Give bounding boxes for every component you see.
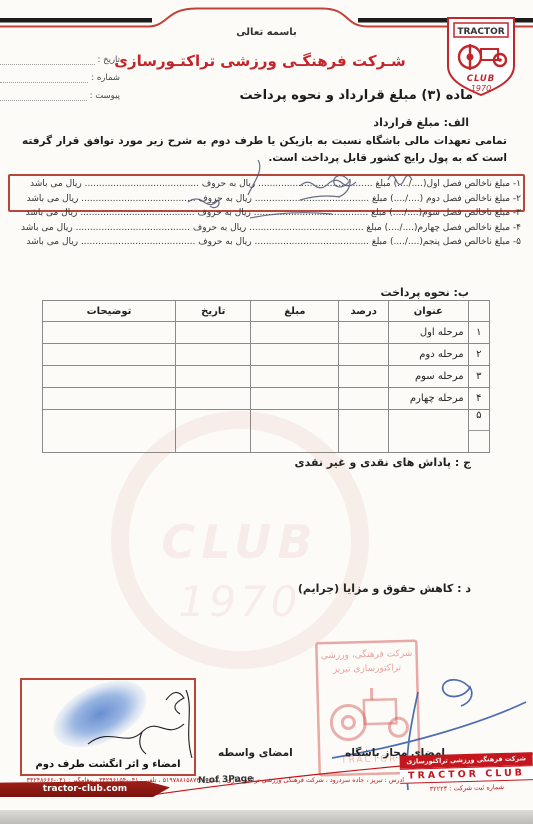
- table-cell: [176, 366, 251, 388]
- website-ribbon: tractor-club.com: [0, 781, 170, 797]
- table-cell: مرحله دوم: [389, 344, 469, 366]
- table-row: ۳ مرحله سوم: [43, 366, 490, 388]
- table-header-cell: عنوان: [389, 301, 469, 322]
- website-url: tractor-club.com: [43, 784, 127, 794]
- table-cell: ۵: [468, 410, 489, 453]
- table-cell: [339, 322, 389, 344]
- table-cell: [251, 388, 339, 410]
- table-header-row: عنوان درصد مبلغ تاریخ توضیحات: [43, 301, 490, 322]
- table-cell: مرحله اول: [389, 322, 469, 344]
- table-cell: ۲: [468, 344, 489, 366]
- table-cell: [43, 344, 176, 366]
- svg-text:1970: 1970: [179, 577, 302, 626]
- svg-text:CLUB: CLUB: [162, 515, 319, 569]
- footer-brand-block: شرکت فرهنگی ورزشی تراکتورسازی TRACTOR CL…: [399, 752, 533, 796]
- field-attachment: پیوست :: [0, 83, 120, 101]
- table-cell: [251, 344, 339, 366]
- table-cell: ۱: [468, 322, 489, 344]
- table-cell: [389, 410, 469, 453]
- table-cell: [43, 388, 176, 410]
- table-cell: [176, 410, 251, 453]
- table-cell: مرحله چهارم: [389, 388, 469, 410]
- company-name: شـرکت فرهنگـی ورزشی تراکتـورسازی: [110, 52, 410, 70]
- table-header-cell: مبلغ: [251, 301, 339, 322]
- table-cell: [251, 410, 339, 453]
- section-b-heading: ب: نحوه پرداخت: [380, 286, 469, 299]
- table-cell: [339, 344, 389, 366]
- table-cell: [176, 322, 251, 344]
- section-c-heading: ج : پاداش های نقدی و غیر نقدی: [295, 456, 471, 469]
- table-cell: ۳: [468, 366, 489, 388]
- table-cell: [251, 322, 339, 344]
- table-cell: [176, 344, 251, 366]
- table-cell: [251, 366, 339, 388]
- field-attachment-label: پیوست :: [87, 91, 120, 101]
- table-cell: مرحله سوم: [389, 366, 469, 388]
- table-cell: [43, 366, 176, 388]
- payment-table: عنوان درصد مبلغ تاریخ توضیحات ۱ مرحله او…: [42, 300, 490, 453]
- table-cell: [43, 322, 176, 344]
- field-number-label: شماره :: [88, 73, 120, 83]
- field-date-line: [0, 53, 95, 65]
- section-a-heading: الف: مبلغ قرارداد: [373, 116, 469, 129]
- table-header-cell: توضیحات: [43, 301, 176, 322]
- table-header-cell: درصد: [339, 301, 389, 322]
- table-row: ۴ مرحله چهارم: [43, 388, 490, 410]
- logo-word-tractor: TRACTOR: [457, 27, 504, 37]
- table-header-cell: [468, 301, 489, 322]
- table-row: ۱ مرحله اول: [43, 322, 490, 344]
- table-cell: [339, 366, 389, 388]
- logo-word-club: CLUB: [467, 74, 496, 84]
- scan-edge: [0, 810, 533, 824]
- section-d-heading: د : کاهش حقوق و مزایا (جرایم): [298, 582, 471, 595]
- handwriting-marks: [0, 150, 533, 240]
- field-date: تاریخ :: [0, 47, 120, 65]
- contract-document-page: باسمه تعالی TRACTOR CLUB 1970 تاریخ : شم…: [0, 0, 533, 824]
- table-cell: [43, 410, 176, 453]
- field-attachment-line: [0, 89, 87, 101]
- field-number-line: [0, 71, 88, 83]
- article-title: ماده (۳) مبلغ قرارداد و نحوه پرداخت: [239, 88, 473, 103]
- table-cell: [339, 388, 389, 410]
- table-header-cell: تاریخ: [176, 301, 251, 322]
- table-cell: [339, 410, 389, 453]
- logo-year: 1970: [471, 84, 491, 93]
- table-row: ۲ مرحله دوم: [43, 344, 490, 366]
- table-row: ۵: [43, 410, 490, 453]
- svg-text:شرکت فرهنگی، ورزشی: شرکت فرهنگی، ورزشی: [321, 647, 413, 661]
- page-marker: №of 3Page: [198, 774, 254, 786]
- table-cell: ۴: [468, 388, 489, 410]
- table-cell: [176, 388, 251, 410]
- letterhead-fields: تاریخ : شماره : پیوست :: [0, 47, 120, 101]
- field-number: شماره :: [0, 65, 120, 83]
